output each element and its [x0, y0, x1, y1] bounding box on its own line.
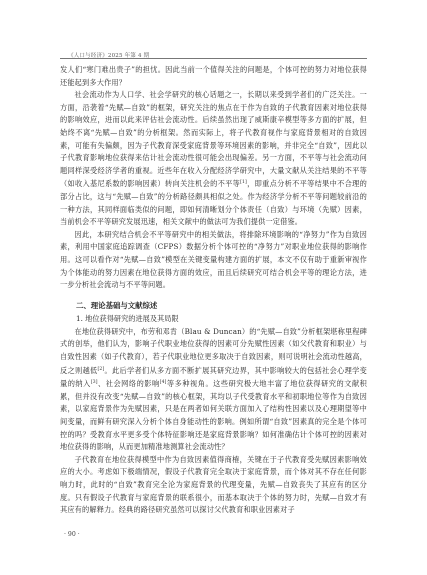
paragraph-child-education: 子代教育在地位获得模型中作为自致因素值得商榷，关键在于子代教育受先赋因素影响效应…	[60, 454, 367, 517]
paragraph-continued: 发人们“寒门难出贵子”的担忧。因此当前一个值得关注的问题是，个体可控的努力对地位…	[60, 64, 367, 89]
citation-ref: [3]	[91, 380, 98, 385]
text-run: 、社会网络的影响	[98, 379, 160, 388]
citation-ref: [1]	[240, 180, 247, 185]
section-heading: 二、理论基础与文献综述	[60, 300, 367, 313]
header-rule	[60, 58, 367, 59]
paragraph-intro-1: 社会流动作为人口学、社会学研究的核心话题之一，长期以来受到学者们的广泛关注。一方…	[60, 89, 367, 229]
paragraph-intro-2: 因此，本研究结合机会不平等研究中的相关做法，将排除环境影响的“净努力”作为自致因…	[60, 229, 367, 292]
subsection-heading: 1. 地位获得研究的进展及其局限	[60, 313, 367, 326]
citation-ref: [4]	[160, 380, 167, 385]
article-body: 发人们“寒门难出贵子”的担忧。因此当前一个值得关注的问题是，个体可控的努力对地位…	[60, 64, 367, 517]
paragraph-status-attainment: 在地位获得研究中，布劳和邓肯（Blau & Duncan）的“先赋—自致”分析框…	[60, 326, 367, 454]
text-run: 社会流动作为人口学、社会学研究的核心话题之一，长期以来受到学者们的广泛关注。一方…	[60, 90, 367, 188]
text-run: 等多种视角。这些研究极大地丰富了地位获得研究的文献积累，但并没有改变“先赋—自致…	[60, 379, 367, 451]
page-number: · 90 ·	[64, 531, 80, 538]
